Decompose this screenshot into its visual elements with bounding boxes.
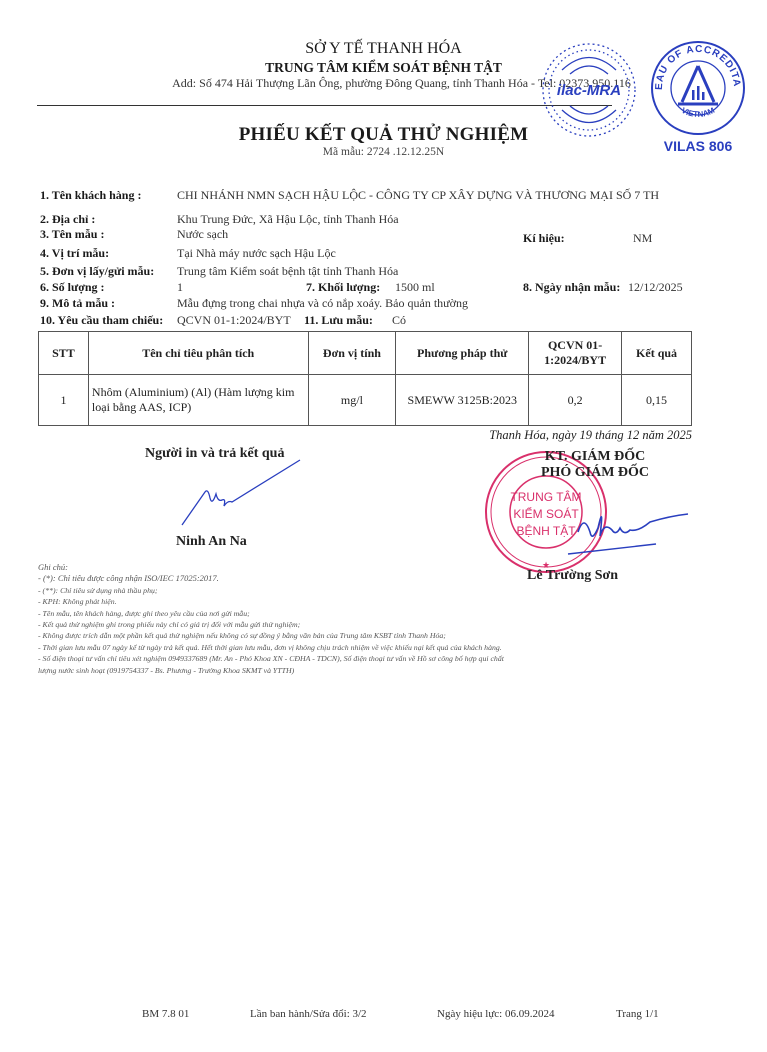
signing-date: Thanh Hóa, ngày 19 tháng 12 năm 2025	[489, 428, 692, 443]
table-row: 1 Nhôm (Aluminium) (Al) (Hàm lượng kim l…	[39, 375, 692, 426]
issuer-name: Ninh An Na	[176, 534, 247, 550]
col-header-standard: QCVN 01-1:2024/BYT	[529, 332, 622, 375]
address-label: 2. Địa chỉ :	[40, 212, 95, 227]
revision: Lần ban hành/Sửa đổi: 3/2	[250, 1008, 367, 1020]
note-item: - KPH: Không phát hiện.	[38, 596, 598, 607]
deputy-director-title: PHÓ GIÁM ĐỐC	[510, 465, 680, 481]
quantity-value: 1	[177, 280, 183, 295]
col-header-stt: STT	[39, 332, 89, 375]
note-item: - Tên mẫu, tên khách hàng, được ghi theo…	[38, 608, 598, 619]
svg-text:ilac-MRA: ilac-MRA	[557, 82, 621, 99]
col-header-unit: Đơn vị tính	[308, 332, 396, 375]
col-header-method: Phương pháp thử	[396, 332, 529, 375]
sender-label: 5. Đơn vị lấy/gửi mẫu:	[40, 264, 154, 279]
table-header-row: STT Tên chỉ tiêu phân tích Đơn vị tính P…	[39, 332, 692, 375]
sample-code: Mã mẫu: 2724 .12.12.25N	[0, 146, 767, 158]
effective-date: Ngày hiệu lực: 06.09.2024	[437, 1008, 554, 1020]
reference-value: QCVN 01-1:2024/BYT	[177, 313, 291, 328]
received-date-label: 8. Ngày nhận mẫu:	[523, 280, 620, 295]
location-label: 4. Vị trí mẫu:	[40, 246, 109, 261]
notes-section: Ghi chú: - (*): Chỉ tiêu được công nhận …	[38, 562, 598, 676]
notes-heading: Ghi chú:	[38, 562, 598, 573]
description-label: 9. Mô tả mẫu :	[40, 296, 115, 311]
svg-text:BUREAU OF ACCREDITATION: BUREAU OF ACCREDITATION	[648, 38, 742, 90]
note-item: - (**): Chỉ tiêu sử dụng nhà thầu phụ;	[38, 585, 598, 596]
symbol-label: Kí hiệu:	[523, 231, 565, 246]
sample-name-label: 3. Tên mẫu :	[40, 227, 104, 242]
volume-label: 7. Khối lượng:	[306, 280, 380, 295]
cell-result: 0,15	[622, 375, 692, 426]
form-code: BM 7.8 01	[142, 1008, 189, 1020]
note-item: - Kết quả thử nghiệm ghi trong phiếu này…	[38, 619, 598, 630]
director-title: KT. GIÁM ĐỐC	[510, 449, 680, 465]
retention-value: Có	[392, 313, 406, 328]
document-title: PHIẾU KẾT QUẢ THỬ NGHIỆM	[0, 124, 767, 146]
accreditation-logo-icon: BUREAU OF ACCREDITATION VIETNAM	[648, 38, 748, 138]
col-header-result: Kết quả	[622, 332, 692, 375]
received-date-value: 12/12/2025	[628, 280, 683, 295]
symbol-value: NM	[633, 231, 652, 246]
note-item: lượng nước sinh hoạt (0919754337 - Bs. P…	[38, 665, 598, 676]
note-item: - Không được trích dẫn một phần kết quả …	[38, 630, 598, 641]
svg-text:VIETNAM: VIETNAM	[680, 106, 716, 119]
description-value: Mẫu đựng trong chai nhựa và có nắp xoáy.…	[177, 296, 468, 311]
note-item: - Thời gian lưu mẫu 07 ngày kể từ ngày t…	[38, 642, 598, 653]
cell-parameter: Nhôm (Aluminium) (Al) (Hàm lượng kim loạ…	[88, 375, 308, 426]
customer-label: 1. Tên khách hàng :	[40, 188, 141, 203]
sample-name-value: Nước sạch	[177, 227, 228, 242]
results-table: STT Tên chỉ tiêu phân tích Đơn vị tính P…	[38, 331, 692, 426]
cell-standard-limit: 0,2	[529, 375, 622, 426]
customer-value: CHI NHÁNH NMN SẠCH HẬU LỘC - CÔNG TY CP …	[177, 188, 659, 203]
cell-method: SMEWW 3125B:2023	[396, 375, 529, 426]
quantity-label: 6. Số lượng :	[40, 280, 105, 295]
cell-stt: 1	[39, 375, 89, 426]
address-value: Khu Trung Đức, Xã Hậu Lộc, tỉnh Thanh Hó…	[177, 212, 399, 227]
col-header-parameter: Tên chỉ tiêu phân tích	[88, 332, 308, 375]
page-number: Trang 1/1	[616, 1008, 659, 1020]
note-item: - Số điện thoại tư vấn chỉ tiêu xét nghi…	[38, 653, 598, 664]
retention-label: 11. Lưu mẫu:	[304, 313, 373, 328]
note-item: - (*): Chỉ tiêu được công nhận ISO/IEC 1…	[38, 573, 598, 584]
sender-value: Trung tâm Kiểm soát bệnh tật tỉnh Thanh …	[177, 264, 398, 279]
director-signature-icon	[560, 492, 700, 572]
header-divider	[37, 105, 612, 106]
cell-unit: mg/l	[308, 375, 396, 426]
location-value: Tại Nhà máy nước sạch Hậu Lộc	[177, 246, 336, 261]
volume-value: 1500 ml	[395, 280, 435, 295]
issuer-signature-icon	[170, 440, 340, 530]
reference-label: 10. Yêu cầu tham chiếu:	[40, 313, 163, 328]
